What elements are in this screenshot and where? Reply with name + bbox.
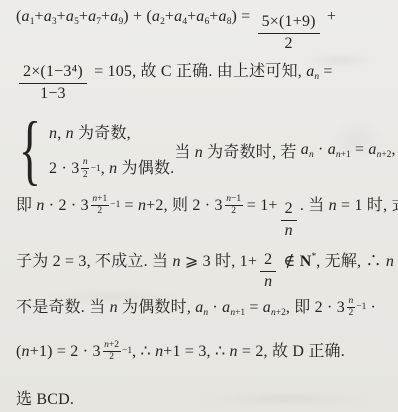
text-run: + (79, 8, 88, 26)
text-run: ) + ( (123, 8, 152, 26)
power-with-fraction-exponent: 3n−12 (215, 194, 243, 217)
text-run: + (101, 8, 110, 26)
denominator: 1−3 (40, 84, 66, 103)
variable-with-subscript: a6 (196, 8, 209, 27)
variable-with-subscript: an (301, 141, 314, 160)
fraction: 2n (281, 200, 297, 240)
piecewise-cases-block: {n, n 为奇数,2 · 3n2−1, n 为偶数. (16, 120, 174, 180)
variable-with-subscript: a9 (110, 8, 123, 27)
numerator: 2×(1−3⁴) (19, 63, 87, 83)
variable-with-subscript: a3 (44, 8, 57, 27)
text-run: + (187, 8, 196, 26)
text-run: = 1+ (243, 197, 278, 215)
symbol-with-superscript: N* (300, 252, 317, 271)
solution-page: (a1+a3+a5+a7+a9) + (a2+a4+a6+a8) = 5×(1+… (0, 0, 398, 412)
text-run: · (366, 299, 376, 317)
text-run: 当 n 为奇数时, 若 (174, 139, 300, 162)
fraction: 2×(1−3⁴)1−3 (19, 63, 87, 103)
text-run: = n+2, 则 2 · (120, 192, 214, 215)
text-run: = (319, 63, 332, 81)
text-run: ) = (231, 8, 254, 26)
base: 3 (215, 197, 223, 214)
variable-with-subscript: a1 (22, 8, 35, 27)
case-row: 2 · 3n2−1, n 为偶数. (49, 155, 174, 180)
text-run: = (245, 299, 263, 317)
solution-line-6: 不是奇数. 当 n 为偶数时, an · an+1 = an+2, 即 2 · … (16, 294, 392, 338)
variable-with-subscript: an+1 (222, 299, 245, 318)
text-run: , 无解, ∴ n (316, 248, 394, 271)
base: 3 (81, 197, 89, 214)
variable-with-subscript: a8 (218, 8, 231, 27)
text-run: + (323, 8, 336, 26)
case-row: n, n 为奇数, (49, 120, 174, 143)
text-run: (n+1) = 2 · (16, 343, 92, 361)
variable-with-subscript: an+2 (368, 141, 391, 160)
solution-text: (a1+a3+a5+a7+a9) + (a2+a4+a6+a8) = 5×(1+… (16, 8, 392, 412)
exponent: n+12−1 (91, 194, 120, 217)
numerator: 2 (281, 200, 297, 220)
variable-with-subscript: a7 (88, 8, 101, 27)
fraction: 5×(1+9)2 (258, 13, 320, 53)
power-with-fraction-exponent: 3n+12−1 (81, 194, 121, 217)
solution-line-5: 子为 2 = 3, 不成立. 当 n ⩾ 3 时, 1+2n ∉ N*, 无解,… (16, 248, 392, 294)
exponent: n−12 (225, 194, 243, 217)
exponent: n2−1 (347, 296, 366, 319)
text-run: + (57, 8, 66, 26)
solution-line-7: (n+1) = 2 · 3n+22−1, ∴ n+1 = 3, ∴ n = 2,… (16, 338, 392, 386)
text-run: n, n 为奇数, (49, 120, 131, 143)
denominator: 2 (285, 34, 293, 53)
text-run: , (391, 141, 395, 159)
exponent: n2−1 (81, 157, 100, 180)
exponent: n+22−1 (103, 340, 132, 363)
text-run: · (208, 299, 222, 317)
scanned-page: { "page": { "paper_color": "#e9e8e3", "i… (0, 0, 398, 412)
base: 3 (92, 343, 100, 360)
text-run: 子为 2 = 3, 不成立. 当 n ⩾ 3 时, 1+ (16, 248, 257, 271)
numerator: 2 (260, 251, 276, 271)
text-run: , ∴ n+1 = 3, ∴ n = 2, 故 D 正确. (132, 338, 345, 361)
variable-with-subscript: a4 (174, 8, 187, 27)
solution-line-1: (a1+a3+a5+a7+a9) + (a2+a4+a6+a8) = 5×(1+… (16, 8, 392, 58)
variable-with-subscript: an+1 (328, 141, 351, 160)
denominator: n (264, 272, 272, 291)
variable-with-subscript: a5 (66, 8, 79, 27)
text-run: = (351, 141, 369, 159)
solution-line-3: {n, n 为奇数,2 · 3n2−1, n 为偶数.当 n 为奇数时, 若 a… (16, 108, 392, 192)
text-run: 选 BCD. (16, 386, 74, 409)
text-run: 即 n · 2 · (16, 192, 81, 215)
text-run: . 当 n = 1 时, 式 (300, 192, 398, 215)
text-run: , n 为偶数. (101, 155, 175, 178)
text-run: 2 · (49, 160, 71, 178)
text-run: , 即 2 · (286, 294, 337, 317)
denominator: n (285, 221, 293, 240)
numerator: 5×(1+9) (258, 13, 320, 33)
text-run: 不是奇数. 当 n 为偶数时, (16, 294, 195, 317)
solution-line-4: 即 n · 2 · 3n+12−1 = n+2, 则 2 · 3n−12 = 1… (16, 192, 392, 248)
text-run: ∉ (279, 251, 299, 271)
base: 3 (337, 299, 345, 316)
power-with-fraction-exponent: 3n2−1 (71, 157, 101, 180)
text-run: = 105, 故 C 正确. 由上述可知, (90, 58, 306, 81)
text-run: · (314, 141, 328, 159)
solution-line-2: 2×(1−3⁴)1−3 = 105, 故 C 正确. 由上述可知, an = (16, 58, 392, 108)
variable-with-subscript: an+2 (263, 299, 286, 318)
solution-line-8: 选 BCD. (16, 386, 392, 412)
power-with-fraction-exponent: 3n+22−1 (92, 340, 132, 363)
base: 3 (71, 160, 79, 177)
variable-with-subscript: a2 (152, 8, 165, 27)
variable-with-subscript: an (306, 63, 319, 82)
variable-with-subscript: an (195, 299, 208, 318)
power-with-fraction-exponent: 3n2−1 (337, 296, 367, 319)
text-run: + (165, 8, 174, 26)
text-run: + (209, 8, 218, 26)
text-run: + (34, 8, 43, 26)
fraction: 2n (260, 251, 276, 291)
